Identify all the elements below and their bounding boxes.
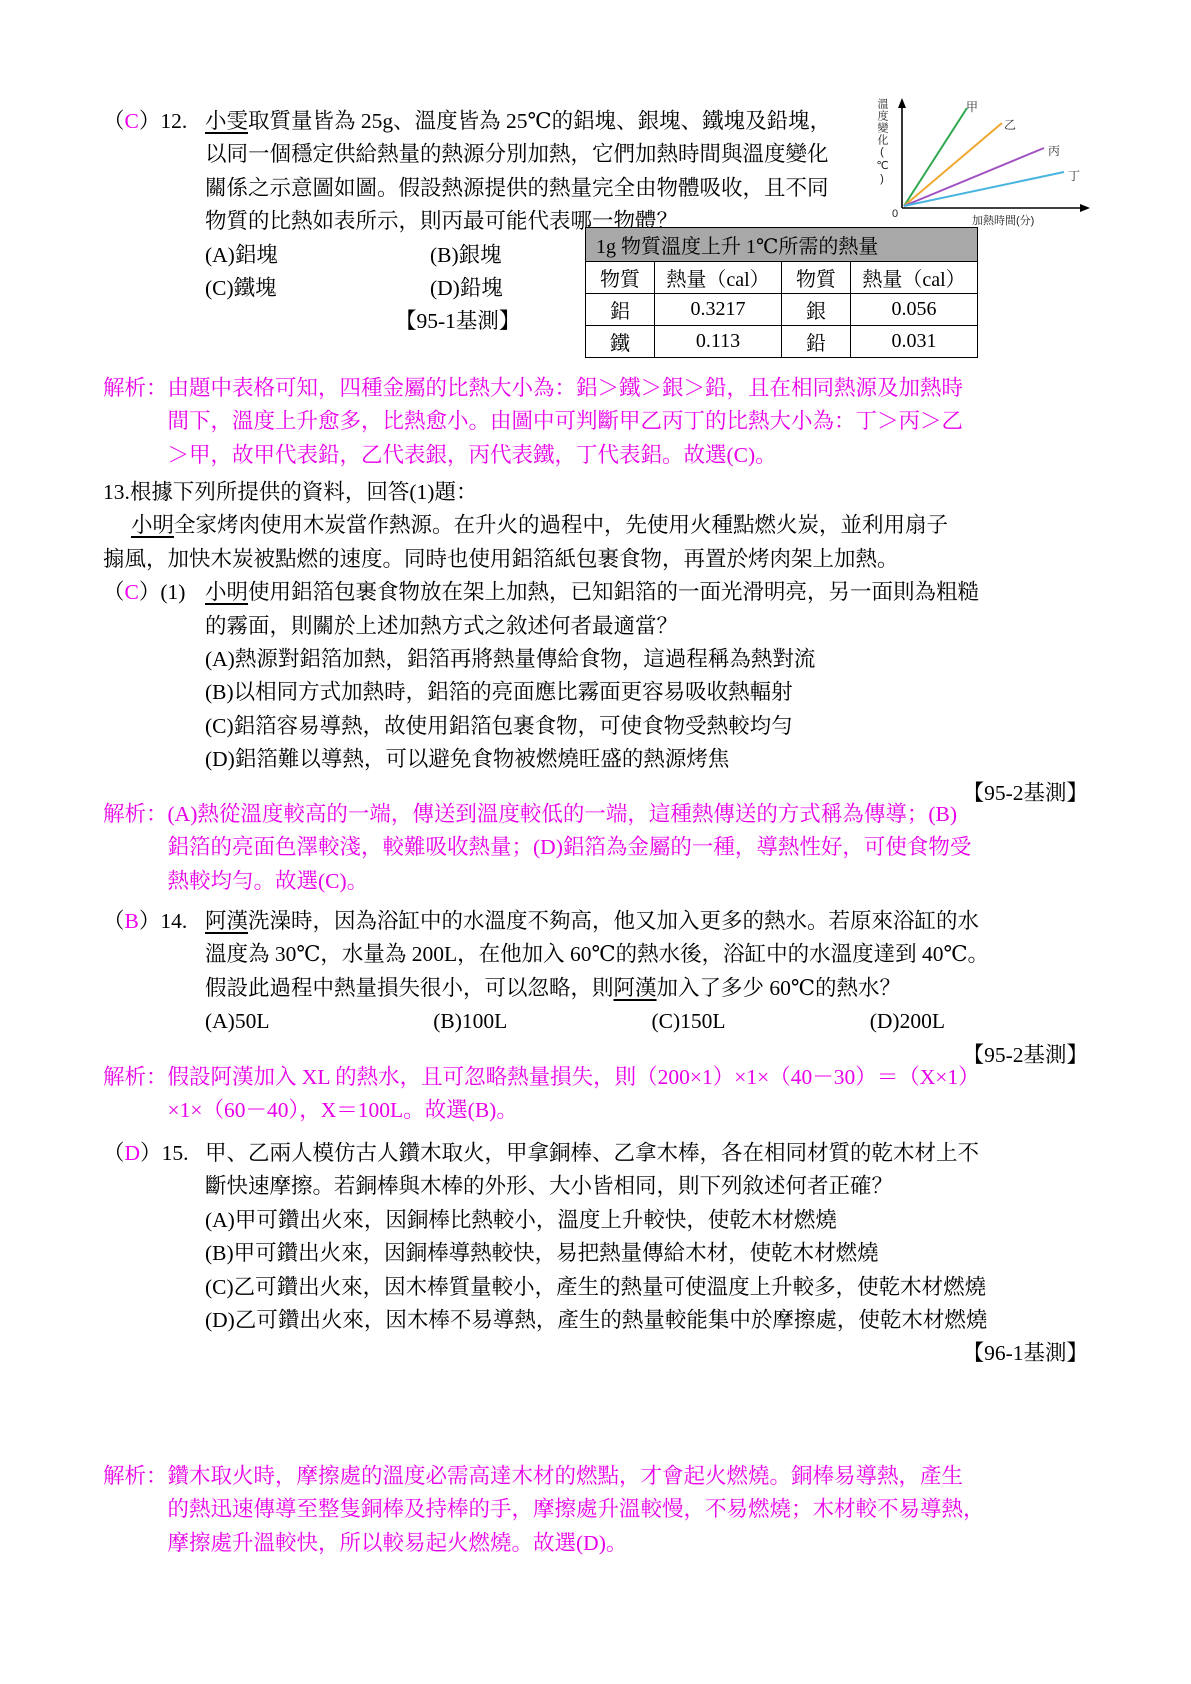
- col-header-heat-1: 熱量（cal）: [655, 262, 782, 294]
- question-13: 13.根據下列所提供的資料，回答(1)題： 小明全家烤肉使用木炭當作熱源。在升火…: [0, 476, 1191, 810]
- question-13-1-number: (1): [160, 580, 185, 604]
- chart-axes-and-lines: [872, 96, 1104, 228]
- analysis-13-line-3: 熱較均勻。故選(C)。: [168, 865, 1088, 898]
- question-14-text-2: 溫度為 30℃，水量為 200L，在他加入 60℃的熱水後，浴缸中的水溫度達到 …: [103, 938, 1088, 971]
- table-header-row: 物質 熱量（cal） 物質 熱量（cal）: [586, 262, 978, 294]
- question-15-text-2: 斷快速摩擦。若銅棒與木棒的外形、大小皆相同，則下列敘述何者正確？: [103, 1170, 1088, 1203]
- question-15-number: 15.: [162, 1141, 189, 1165]
- student-name-underlined: 阿漢: [614, 976, 657, 1000]
- question-14-prefix: （B）14.: [103, 905, 205, 938]
- cell-value: 0.113: [655, 326, 782, 358]
- analysis-15-line-2: 的熱迅速傳導至整隻銅棒及持棒的手，摩擦處升溫較慢，不易燃燒；木材較不易導熱，: [168, 1493, 1088, 1526]
- cell-material: 鋁: [586, 294, 655, 326]
- option-d: (D)200L: [870, 1005, 1088, 1038]
- cell-value: 0.3217: [655, 294, 782, 326]
- student-name-underlined: 小明: [131, 513, 174, 537]
- question-15-line-1: （D）15. 甲、乙兩人模仿古人鑽木取火，甲拿銅棒、乙拿木棒，各在相同材質的乾木…: [103, 1137, 1088, 1170]
- question-12-prefix: （C）12.: [103, 105, 205, 138]
- answer-letter-14: B: [125, 909, 139, 933]
- analysis-13-line-2: 鋁箔的亮面色澤較淺，較難吸收熱量；(D)鋁箔為金屬的一種，導熱性好，可使食物受: [168, 831, 1088, 864]
- cell-material: 鉛: [782, 326, 851, 358]
- table-title: 1g 物質溫度上升 1℃所需的熱量: [586, 228, 978, 262]
- option-c: (C)150L: [651, 1005, 869, 1038]
- analysis-15-line-3: 摩擦處升溫較快，所以較易起火燃燒。故選(D)。: [168, 1527, 1088, 1560]
- option-b: (B)以相同方式加熱時，鋁箔的亮面應比霧面更容易吸收熱輻射: [103, 676, 1088, 709]
- question-13-paragraph-2: 搧風，加快木炭被點燃的速度。同時也使用鋁箔紙包裹食物，再置於烤肉架上加熱。: [103, 543, 1088, 576]
- series-label-yi: 乙: [1004, 116, 1016, 133]
- cell-material: 鐵: [586, 326, 655, 358]
- cell-material: 銀: [782, 294, 851, 326]
- option-c: (C)鐵塊: [205, 272, 430, 305]
- chart-x-axis-label: 加熱時間(分): [972, 212, 1034, 228]
- student-name-underlined: 阿漢: [205, 909, 248, 933]
- analysis-14: 解析： 假設阿漢加入 XL 的熱水，且可忽略熱量損失，則（200×1）×1×（4…: [0, 1061, 1191, 1128]
- option-a: (A)鋁塊: [205, 239, 430, 272]
- question-13-1-text-2: 的霧面，則關於上述加熱方式之敘述何者最適當？: [103, 610, 1088, 643]
- cell-value: 0.031: [851, 326, 978, 358]
- option-d: (D)乙可鑽出火來，因木棒不易導熱，產生的熱量較能集中於摩擦處，使乾木材燃燒: [103, 1304, 1088, 1337]
- analysis-15: 解析： 鑽木取火時，摩擦處的溫度必需高達木材的燃點，才會起火燃燒。銅棒易導熱，產…: [0, 1460, 1191, 1560]
- question-14-text-3: 假設此過程中熱量損失很小，可以忽略，則阿漢加入了多少 60℃的熱水？: [103, 972, 1088, 1005]
- question-14: （B）14. 阿漢洗澡時，因為浴缸中的水溫度不夠高，他又加入更多的熱水。若原來浴…: [0, 905, 1191, 1072]
- option-a: (A)熱源對鋁箔加熱，鋁箔再將熱量傳給食物，這過程稱為熱對流: [103, 643, 1088, 676]
- question-14-text-1: 洗澡時，因為浴缸中的水溫度不夠高，他又加入更多的熱水。若原來浴缸的水: [248, 909, 979, 933]
- answer-letter-15: D: [125, 1141, 141, 1165]
- question-13-paragraph-1: 小明全家烤肉使用木炭當作熱源。在升火的過程中，先使用火種點燃火炭，並利用扇子: [103, 509, 1088, 542]
- option-a: (A)甲可鑽出火來，因銅棒比熱較小，溫度上升較快，使乾木材燃燒: [103, 1204, 1088, 1237]
- specific-heat-table: 1g 物質溫度上升 1℃所需的熱量 物質 熱量（cal） 物質 熱量（cal） …: [585, 227, 978, 358]
- analysis-12: 解析： 由題中表格可知，四種金屬的比熱大小為：鋁＞鐵＞銀＞鉛，且在相同熱源及加熱…: [0, 372, 1191, 472]
- col-header-material-2: 物質: [782, 262, 851, 294]
- question-14-number: 14.: [160, 909, 187, 933]
- analysis-12-line-1: 由題中表格可知，四種金屬的比熱大小為：鋁＞鐵＞銀＞鉛，且在相同熱源及加熱時: [168, 372, 1088, 405]
- student-name-underlined: 小明: [205, 580, 248, 604]
- analysis-15-line-1: 鑽木取火時，摩擦處的溫度必需高達木材的燃點，才會起火燃燒。銅棒易導熱，產生: [168, 1460, 1088, 1493]
- question-13-heading: 13.根據下列所提供的資料，回答(1)題：: [103, 476, 1088, 509]
- chart-origin-label: 0: [892, 208, 898, 220]
- answer-letter-12: C: [125, 109, 139, 133]
- series-label-bing: 丙: [1048, 142, 1060, 159]
- analysis-label: 解析：: [103, 372, 168, 472]
- analysis-label: 解析：: [103, 1061, 168, 1128]
- series-label-ding: 丁: [1068, 167, 1080, 184]
- option-c: (C)乙可鑽出火來，因木棒質量較小，產生的熱量可使溫度上升較多，使乾木材燃燒: [103, 1271, 1088, 1304]
- option-b: (B)100L: [433, 1005, 651, 1038]
- analysis-label: 解析：: [103, 798, 168, 898]
- analysis-13: 解析： (A)熱從溫度較高的一端，傳送到溫度較低的一端，這種熱傳送的方式稱為傳導…: [0, 798, 1191, 898]
- question-12-number: 12.: [160, 109, 187, 133]
- analysis-12-line-3: ＞甲，故甲代表鉛，乙代表銀，丙代表鐵，丁代表鋁。故選(C)。: [168, 439, 1088, 472]
- option-d: (D)鋁箔難以導熱，可以避免食物被燃燒旺盛的熱源烤焦: [103, 743, 1088, 776]
- question-15-source: 【96-1基測】: [103, 1337, 1088, 1370]
- analysis-14-line-2: ×1×（60－40），X＝100L。故選(B)。: [168, 1094, 1088, 1127]
- option-a: (A)50L: [205, 1005, 433, 1038]
- question-12-text-1: 取質量皆為 25g、溫度皆為 25℃的鋁塊、銀塊、鐵塊及鉛塊，: [248, 109, 831, 133]
- option-b: (B)甲可鑽出火來，因銅棒導熱較快，易把熱量傳給木材，使乾木材燃燒: [103, 1237, 1088, 1270]
- question-14-options-row: (A)50L (B)100L (C)150L (D)200L: [103, 1005, 1088, 1038]
- student-name-underlined: 小雯: [205, 109, 248, 133]
- chart-y-axis-label: 溫度變化(℃): [874, 98, 890, 186]
- question-15-prefix: （D）15.: [103, 1137, 205, 1170]
- analysis-14-line-1: 假設阿漢加入 XL 的熱水，且可忽略熱量損失，則（200×1）×1×（40－30…: [168, 1061, 1088, 1094]
- cell-value: 0.056: [851, 294, 978, 326]
- col-header-material-1: 物質: [586, 262, 655, 294]
- answer-letter-13-1: C: [125, 580, 139, 604]
- question-15-text-1: 甲、乙兩人模仿古人鑽木取火，甲拿銅棒、乙拿木棒，各在相同材質的乾木材上不: [205, 1137, 979, 1170]
- series-label-jia: 甲: [966, 98, 978, 115]
- analysis-label: 解析：: [103, 1460, 168, 1560]
- table-row: 鋁 0.3217 銀 0.056: [586, 294, 978, 326]
- col-header-heat-2: 熱量（cal）: [851, 262, 978, 294]
- question-13-1-line-1: （C）(1) 小明使用鋁箔包裹食物放在架上加熱，已知鋁箔的一面光滑明亮，另一面則…: [103, 576, 1088, 609]
- question-13-1-text-1: 使用鋁箔包裹食物放在架上加熱，已知鋁箔的一面光滑明亮，另一面則為粗糙: [248, 580, 979, 604]
- question-14-line-1: （B）14. 阿漢洗澡時，因為浴缸中的水溫度不夠高，他又加入更多的熱水。若原來浴…: [103, 905, 1088, 938]
- exam-page: （C）12. 小雯取質量皆為 25g、溫度皆為 25℃的鋁塊、銀塊、鐵塊及鉛塊，…: [0, 0, 1191, 1684]
- table-row: 鐵 0.113 鉛 0.031: [586, 326, 978, 358]
- question-15: （D）15. 甲、乙兩人模仿古人鑽木取火，甲拿銅棒、乙拿木棒，各在相同材質的乾木…: [0, 1137, 1191, 1371]
- heating-curve-chart: 溫度變化(℃) 0 加熱時間(分) 甲 乙 丙 丁: [872, 96, 1104, 228]
- option-c: (C)鋁箔容易導熱，故使用鋁箔包裹食物，可使食物受熱較均勻: [103, 710, 1088, 743]
- analysis-13-line-1: (A)熱從溫度較高的一端，傳送到溫度較低的一端，這種熱傳送的方式稱為傳導；(B): [168, 798, 1088, 831]
- question-13-1-prefix: （C）(1): [103, 576, 205, 609]
- analysis-12-line-2: 間下，溫度上升愈多，比熱愈小。由圖中可判斷甲乙丙丁的比熱大小為：丁＞丙＞乙: [168, 405, 1088, 438]
